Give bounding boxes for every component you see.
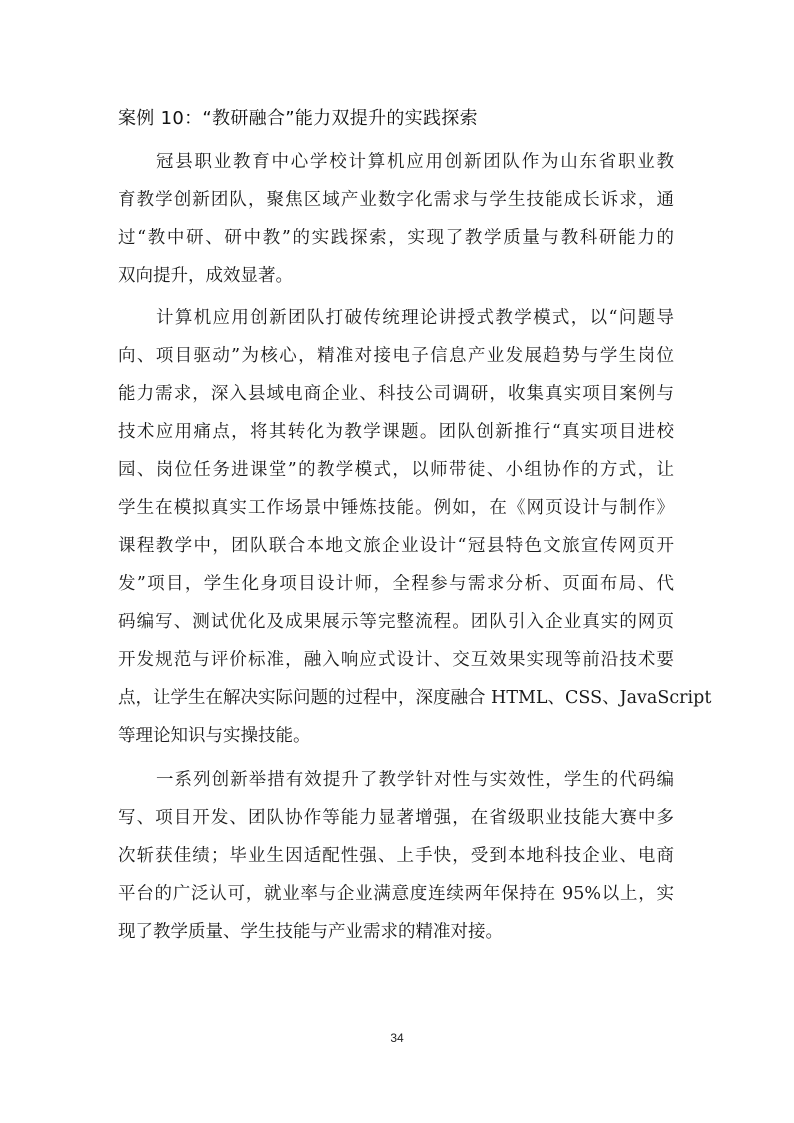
paragraph-3-line-5: 现了教学质量、学生技能与产业需求的精准对接。	[118, 920, 674, 944]
paragraph-2-line-6: 学生在模拟真实工作场景中锤炼技能。例如，在《网页设计与制作》	[118, 496, 674, 520]
paragraph-2-line-12: 等理论知识与实操技能。	[118, 724, 674, 748]
paragraph-3-line-3: 次斩获佳绩；毕业生因适配性强、上手快，受到本地科技企业、电商	[118, 844, 674, 868]
paragraph-3-line-2: 写、项目开发、团队协作等能力显著增强，在省级职业技能大赛中多	[118, 806, 674, 830]
paragraph-2-line-11: 点，让学生在解决实际问题的过程中，深度融合 HTML、CSS、JavaScrip…	[118, 686, 674, 710]
page-number: 34	[0, 1031, 794, 1045]
paragraph-1-line-3: 过“教中研、研中教”的实践探索，实现了教学质量与教科研能力的	[118, 226, 674, 250]
paragraph-2-line-5: 园、岗位任务进课堂”的教学模式，以师带徒、小组协作的方式，让	[118, 458, 674, 482]
paragraph-3-line-4: 平台的广泛认可，就业率与企业满意度连续两年保持在 95%以上，实	[118, 882, 674, 906]
paragraph-2-line-2: 向、项目驱动”为核心，精准对接电子信息产业发展趋势与学生岗位	[118, 344, 674, 368]
paragraph-1-line-4: 双向提升，成效显著。	[118, 264, 674, 288]
paragraph-1-line-1: 冠县职业教育中心学校计算机应用创新团队作为山东省职业教	[156, 150, 674, 174]
paragraph-2-line-10: 开发规范与评价标准，融入响应式设计、交互效果实现等前沿技术要	[118, 648, 674, 672]
paragraph-2-line-4: 技术应用痛点，将其转化为教学课题。团队创新推行“真实项目进校	[118, 420, 674, 444]
paragraph-2-line-9: 码编写、测试优化及成果展示等完整流程。团队引入企业真实的网页	[118, 610, 674, 634]
paragraph-2-line-3: 能力需求，深入县域电商企业、科技公司调研，收集真实项目案例与	[118, 382, 674, 406]
document-page: 案例 10：“教研融合”能力双提升的实践探索 冠县职业教育中心学校计算机应用创新…	[0, 0, 794, 1123]
paragraph-2-line-7: 课程教学中，团队联合本地文旅企业设计“冠县特色文旅宣传网页开	[118, 534, 674, 558]
paragraph-2-line-1: 计算机应用创新团队打破传统理论讲授式教学模式，以“问题导	[156, 306, 674, 330]
paragraph-2-line-8: 发”项目，学生化身项目设计师，全程参与需求分析、页面布局、代	[118, 572, 674, 596]
section-title: 案例 10：“教研融合”能力双提升的实践探索	[118, 104, 478, 130]
paragraph-3-line-1: 一系列创新举措有效提升了教学针对性与实效性，学生的代码编	[156, 768, 674, 792]
paragraph-1-line-2: 育教学创新团队，聚焦区域产业数字化需求与学生技能成长诉求，通	[118, 188, 674, 212]
